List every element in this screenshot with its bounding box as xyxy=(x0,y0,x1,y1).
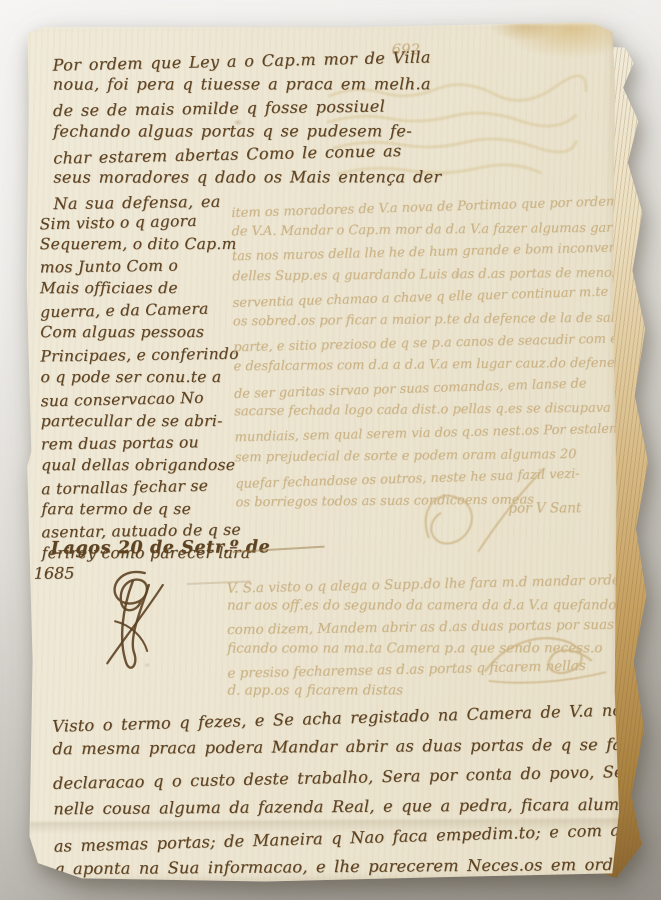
manuscript-line: noua, foi pera q tiuesse a praca em melh… xyxy=(53,73,441,97)
manuscript-line: Principaes, e conferindo xyxy=(40,342,249,367)
manuscript-line: partecullar de se abri- xyxy=(41,410,250,432)
manuscript-line: nar aos off.es do segundo da camera da d… xyxy=(227,595,625,617)
year: 1685 xyxy=(34,564,75,583)
manuscript-line: mos Junto Com o xyxy=(40,254,249,279)
manuscript-line: Sequerem, o dito Cap.m xyxy=(40,233,249,255)
manuscript-line: fara termo de q se xyxy=(41,498,250,520)
manuscript-line: rem duas portas ou xyxy=(41,431,250,456)
opening-paragraph: Por ordem que Ley a o Cap.m mor de Villa… xyxy=(53,48,442,213)
manuscript-line: guerra, e da Camera xyxy=(40,297,249,324)
signature-rubric-flourish xyxy=(91,565,186,674)
manuscript-photo: 692 Por ordem que Ley a o Cap.m mor de V… xyxy=(0,0,661,900)
secretary-signature-flourish xyxy=(479,626,611,693)
ink-flourish xyxy=(414,449,555,562)
date-line: Lagos 20 de Setr.º de xyxy=(51,537,271,558)
manuscript-line: q aponta na Sua informacao, e lhe parece… xyxy=(54,849,661,885)
manuscript-line: Com alguas pessoas xyxy=(40,321,249,343)
photo-backdrop: 692 Por ordem que Ley a o Cap.m mor de V… xyxy=(0,0,661,900)
manuscript-line: sua conservacao No xyxy=(40,386,249,413)
manuscript-line: qual dellas obrigandose xyxy=(41,454,250,476)
manuscript-line: a tornallas fechar se xyxy=(41,474,250,501)
manuscript-line: Mais officiaes de xyxy=(40,277,249,299)
manuscript-line: de se de mais omilde q fosse possiuel xyxy=(53,93,442,122)
manuscript-page: 692 Por ordem que Ley a o Cap.m mor de V… xyxy=(23,22,620,884)
closing-paragraph: Visto o termo q fezes, e Se acha regista… xyxy=(52,697,661,886)
manuscript-line: o q pode ser conu.te a xyxy=(41,366,250,388)
manuscript-line: Sim visto o q agora xyxy=(39,209,248,236)
left-column-paragraph: Sim visto o q agora Sequerem, o dito Cap… xyxy=(40,210,251,565)
manuscript-line: seus moradores q dado os Mais entença de… xyxy=(53,166,441,190)
